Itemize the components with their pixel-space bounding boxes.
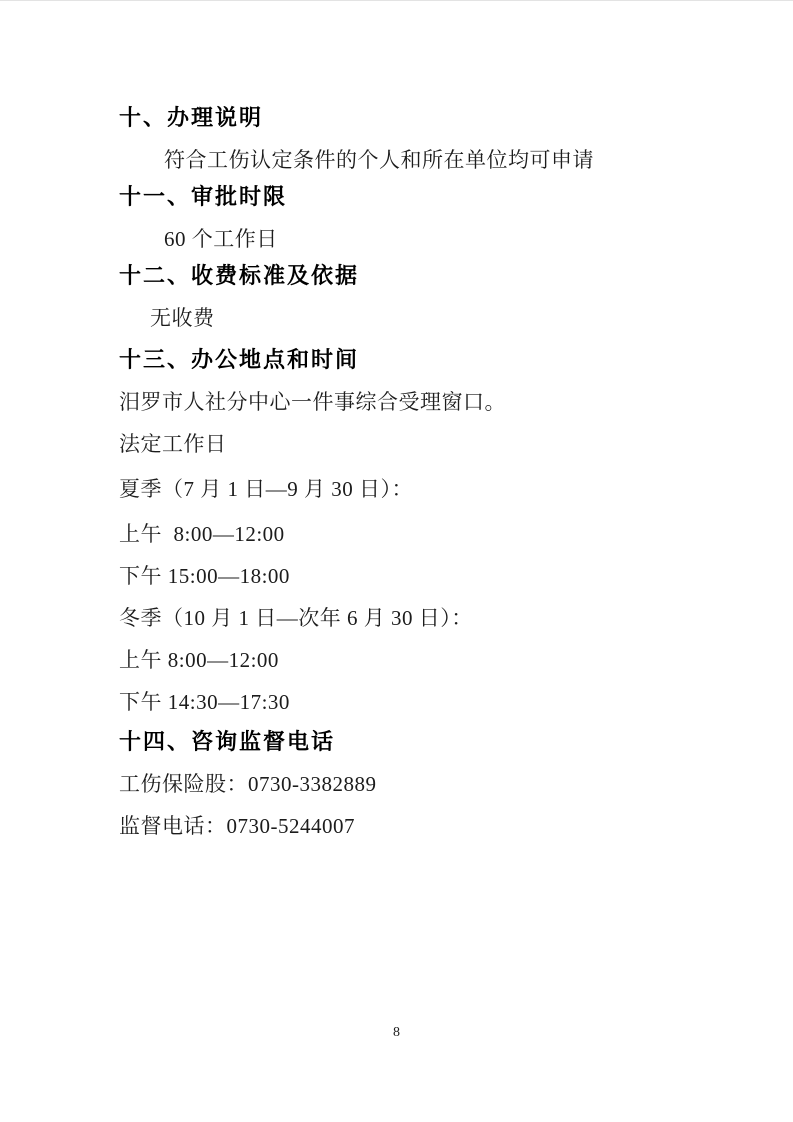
para-phone-insurance: 工伤保险股：0730-3382889 [119,763,733,805]
page-number: 8 [0,1023,793,1043]
para-fee: 无收费 [119,297,733,339]
para-time-limit: 60 个工作日 [119,218,733,260]
para-office-location: 汨罗市人社分中心一件事综合受理窗口。 [119,381,733,423]
para-summer-afternoon: 下午 15:00—18:00 [119,555,733,597]
heading-section-13: 十三、办公地点和时间 [119,339,733,381]
para-summer-period: 夏季（7 月 1 日—9 月 30 日）： [119,468,733,510]
para-winter-period: 冬季（10 月 1 日—次年 6 月 30 日）： [119,597,733,639]
heading-section-10: 十、办理说明 [119,97,733,139]
para-workdays: 法定工作日 [119,423,733,465]
para-eligibility: 符合工伤认定条件的个人和所在单位均可申请 [119,139,733,181]
document-page: 十、办理说明 符合工伤认定条件的个人和所在单位均可申请 十一、审批时限 60 个… [0,0,793,1122]
para-winter-afternoon: 下午 14:30—17:30 [119,681,733,723]
para-winter-morning: 上午 8:00—12:00 [119,639,733,681]
para-phone-supervision: 监督电话：0730-5244007 [119,805,733,847]
heading-section-14: 十四、咨询监督电话 [119,721,733,763]
heading-section-11: 十一、审批时限 [119,176,733,218]
para-summer-morning: 上午 8:00—12:00 [119,513,733,555]
heading-section-12: 十二、收费标准及依据 [119,255,733,297]
document-content: 十、办理说明 符合工伤认定条件的个人和所在单位均可申请 十一、审批时限 60 个… [119,1,733,847]
